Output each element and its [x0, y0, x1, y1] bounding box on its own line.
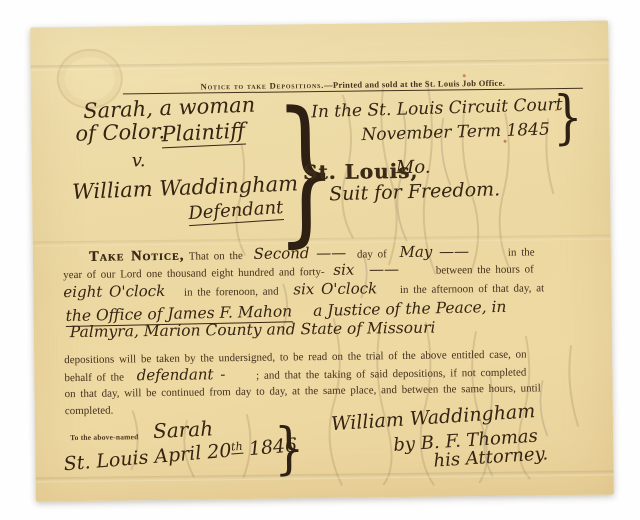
date-place-day: St. Louis April 20: [63, 440, 232, 476]
fill-month: May ——: [399, 242, 469, 261]
form-header-subtitle: —Printed and sold at the St. Louis Job O…: [324, 78, 505, 90]
addressee-label: To the above-named: [70, 432, 138, 442]
fill-hour-evening: six O'clock: [293, 279, 377, 298]
court-brace: }: [553, 83, 583, 151]
fill-year-dash: ——: [369, 260, 399, 278]
document-paper: Notice to take Depositions.—Printed and …: [30, 20, 614, 501]
footer-brace: }: [274, 416, 305, 481]
fill-party: defendant -: [137, 365, 226, 384]
printed-text: That on the: [189, 250, 243, 263]
date-ordinal: th: [231, 440, 244, 455]
fill-year: six: [333, 261, 354, 279]
fill-place: Palmyra, Marion County and State of Miss…: [70, 319, 436, 341]
printed-text: in the: [508, 246, 535, 258]
form-header: Notice to take Depositions.—Printed and …: [123, 77, 583, 95]
body-line-9: completed.: [65, 405, 114, 418]
court-term: November Term 1845: [361, 120, 550, 146]
case-type: Suit for Freedom.: [329, 178, 501, 205]
body-line-5: Palmyra, Marion County and State of Miss…: [70, 319, 436, 341]
fold-crease-top: [31, 58, 609, 70]
fill-hour-morning: eight O'clock: [63, 282, 165, 301]
printed-text: day of: [357, 248, 387, 260]
printed-text: behalf of the: [64, 371, 124, 384]
venue-state: Mo.: [396, 157, 431, 178]
body-line-7: behalf of the defendant - ; and that the…: [64, 366, 526, 385]
addressee-name: Sarah: [153, 416, 214, 443]
scan-background: Notice to take Depositions.—Printed and …: [0, 0, 640, 520]
fill-justice: a Justice of the Peace, in: [313, 298, 507, 320]
take-notice-heading: Take Notice,: [89, 248, 184, 265]
court-name: In the St. Louis Circuit Court: [311, 95, 563, 122]
fold-crease-bottom: [36, 470, 614, 482]
printed-text: in the forenoon, and: [184, 286, 279, 299]
body-line-6: depositions will be taken by the undersi…: [64, 349, 527, 367]
printed-text: year of our Lord one thousand eight hund…: [63, 266, 325, 281]
versus-label: v.: [132, 150, 146, 171]
body-line-3: eight O'clock in the forenoon, and six O…: [63, 281, 544, 300]
plaintiff-name-line2: of Color.: [75, 119, 165, 146]
plaintiff-label: Plaintiff: [161, 118, 246, 148]
printed-text: ; and that the taking of said deposition…: [256, 367, 526, 382]
body-line-8: on that day, will be continued from day …: [65, 382, 541, 400]
printed-text: in the afternoon of that day, at: [400, 282, 544, 296]
printed-text: between the hours of: [436, 263, 534, 276]
paper-fleck: [463, 74, 466, 77]
defendant-label: Defendant: [188, 197, 284, 226]
